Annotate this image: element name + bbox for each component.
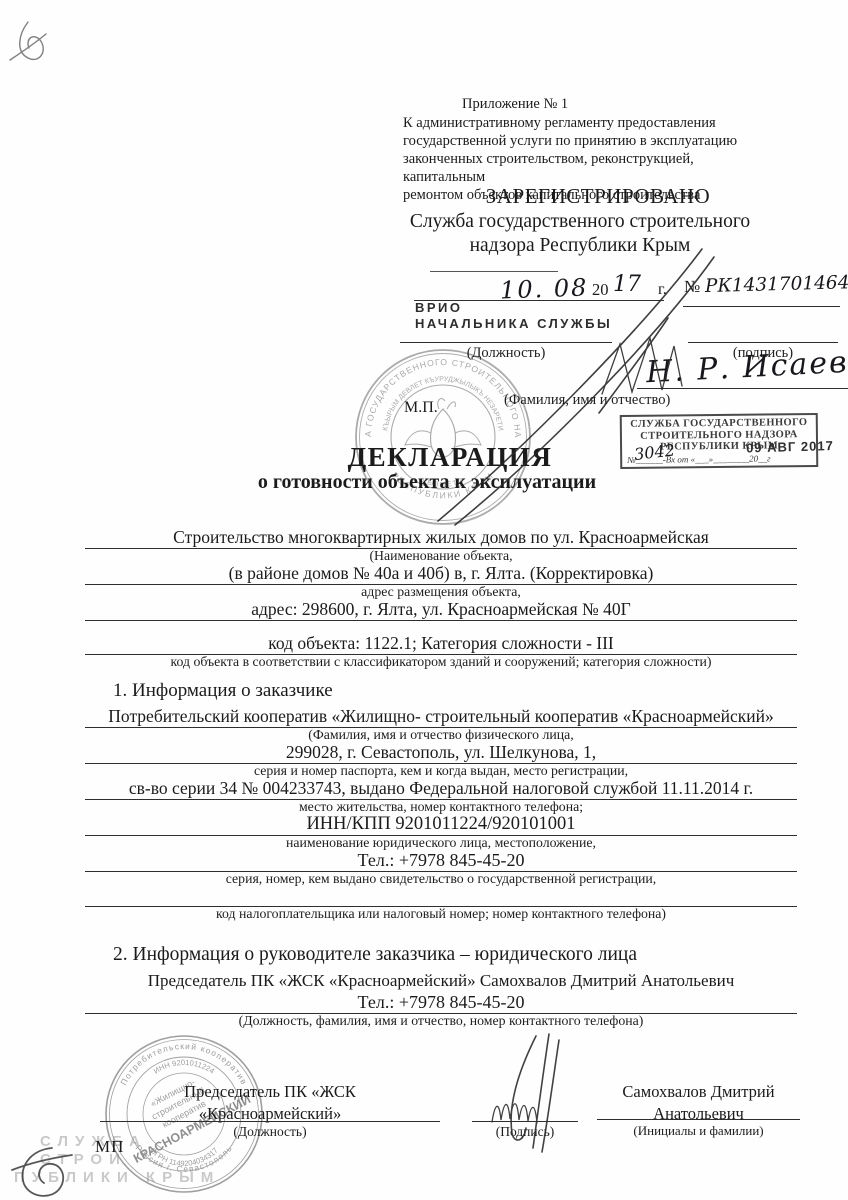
form-caption: место жительства, номер контактного теле… (85, 800, 797, 814)
form-caption: адрес размещения объекта, (85, 585, 797, 599)
number-underline (683, 306, 840, 307)
form-caption: код объекта в соответствии с классификат… (85, 655, 797, 669)
footer-position-underline (100, 1121, 440, 1122)
number-label: № (684, 277, 700, 297)
form-caption: серия и номер паспорта, кем и когда выда… (85, 764, 797, 778)
scanned-declaration-document: Приложение № 1 К административному регла… (0, 0, 848, 1200)
section-heading-2: 2. Информация о руководителе заказчика –… (85, 943, 797, 966)
form-caption: (Наименование объекта, (85, 549, 797, 563)
form-value: адрес: 298600, г. Ялта, ул. Красноармейс… (85, 599, 797, 621)
appendix-line: законченных строительством, реконструкци… (403, 150, 768, 186)
registered-title: ЗАРЕГИСТРИРОВАНО (398, 184, 798, 209)
form-caption: наименование юридического лица, местопол… (85, 836, 797, 850)
appendix-line: К административному регламенту предостав… (403, 114, 768, 132)
footer-seal-place-mark: МП (95, 1137, 124, 1157)
form-caption: серия, номер, кем выдано свидетельство о… (85, 872, 797, 886)
registration-entry-stamp: СЛУЖБА ГОСУДАРСТВЕННОГО СТРОИТЕЛЬНОГО НА… (620, 413, 819, 469)
document-subtitle: о готовности объекта к эксплуатации (127, 471, 727, 494)
handwritten-reg-number: РК14317014646 (705, 272, 848, 297)
form-value: Тел.: +7978 845-45-20 (85, 992, 797, 1014)
handwritten-date: 10. 08 (500, 273, 589, 304)
registration-org-line2: надзора Республики Крым (380, 235, 780, 257)
handwritten-year: 17 (613, 272, 641, 297)
corner-doodle-top-left (10, 22, 46, 60)
footer-position-caption: (Должность) (100, 1124, 440, 1140)
footer-sign-underline (472, 1121, 578, 1122)
footer-name-line1: Самохвалов Дмитрий (597, 1081, 800, 1103)
form-value: св-во серии 34 № 004233743, выдано Федер… (85, 778, 797, 800)
form-body: Строительство многоквартирных жилых домо… (85, 527, 797, 1028)
signature-underline (688, 342, 838, 343)
form-value: Потребительский кооператив «Жилищно- стр… (85, 706, 797, 728)
registration-org-line1: Служба государственного строительного (380, 211, 780, 233)
appendix-line: государственной услуги по принятию в экс… (403, 132, 768, 150)
form-value: ИНН/КПП 9201011224/920101001 (85, 814, 797, 836)
year-suffix: г. (658, 281, 667, 299)
form-value-blank (85, 886, 797, 907)
footer-name-line2: Анатольевич (597, 1103, 800, 1125)
form-caption: (Фамилия, имя и отчество физического лиц… (85, 728, 797, 742)
appendix-label: Приложение № 1 (462, 96, 568, 113)
short-rule (430, 271, 558, 272)
footer-sign-caption: (Подпись) (472, 1124, 578, 1140)
seal-place-mark: М.П. (404, 399, 438, 417)
form-value: Тел.: +7978 845-45-20 (85, 850, 797, 872)
seal-ring-text: КЪЫРЫМ ДЕВЛЕТ КЪУРУДЖЫЛЫКЪ НЕЗАРЕТИ (382, 376, 503, 431)
form-caption: код налогоплательщика или налоговый номе… (85, 907, 797, 921)
handwritten-official-name: Н. Р. Исаев (645, 345, 848, 391)
form-value: Строительство многоквартирных жилых домо… (85, 527, 797, 549)
form-caption: (Должность, фамилия, имя и отчество, ном… (85, 1014, 797, 1028)
form-value: 299028, г. Севастополь, ул. Шелкунова, 1… (85, 742, 797, 764)
round-seal-stamp-top: СЛУЖБА ГОСУДАРСТВЕННОГО СТРОИТЕЛЬНОГО НА… (353, 347, 533, 527)
director-line: Председатель ПК «ЖСК «Красноармейский» С… (85, 970, 797, 992)
name-caption: (Фамилия, имя и отчество) (504, 392, 670, 409)
year-prefix: 20 (592, 280, 609, 300)
position-underline (400, 342, 612, 343)
section-heading-1: 1. Информация о заказчике (85, 679, 797, 702)
position-caption: (Должность) (400, 345, 612, 362)
footer-name-underline (597, 1119, 800, 1120)
form-value: код объекта: 1122.1; Категория сложности… (85, 633, 797, 655)
svg-text:КЪЫРЫМ ДЕВЛЕТ КЪУРУДЖЫЛЫКЪ НЕЗ: КЪЫРЫМ ДЕВЛЕТ КЪУРУДЖЫЛЫКЪ НЕЗАРЕТИ (382, 376, 503, 431)
form-value: (в районе домов № 40а и 40б) в, г. Ялта.… (85, 563, 797, 585)
footer-name-caption: (Инициалы и фамилии) (597, 1123, 800, 1139)
official-position-stamp-line1: ВРИО (415, 300, 463, 316)
footer-position-line1: Председатель ПК «ЖСК (100, 1081, 440, 1103)
official-position-stamp-line2: НАЧАЛЬНИКА СЛУЖБЫ (415, 316, 612, 332)
entry-date-stamp: 09 АВГ 2017 (746, 438, 834, 455)
